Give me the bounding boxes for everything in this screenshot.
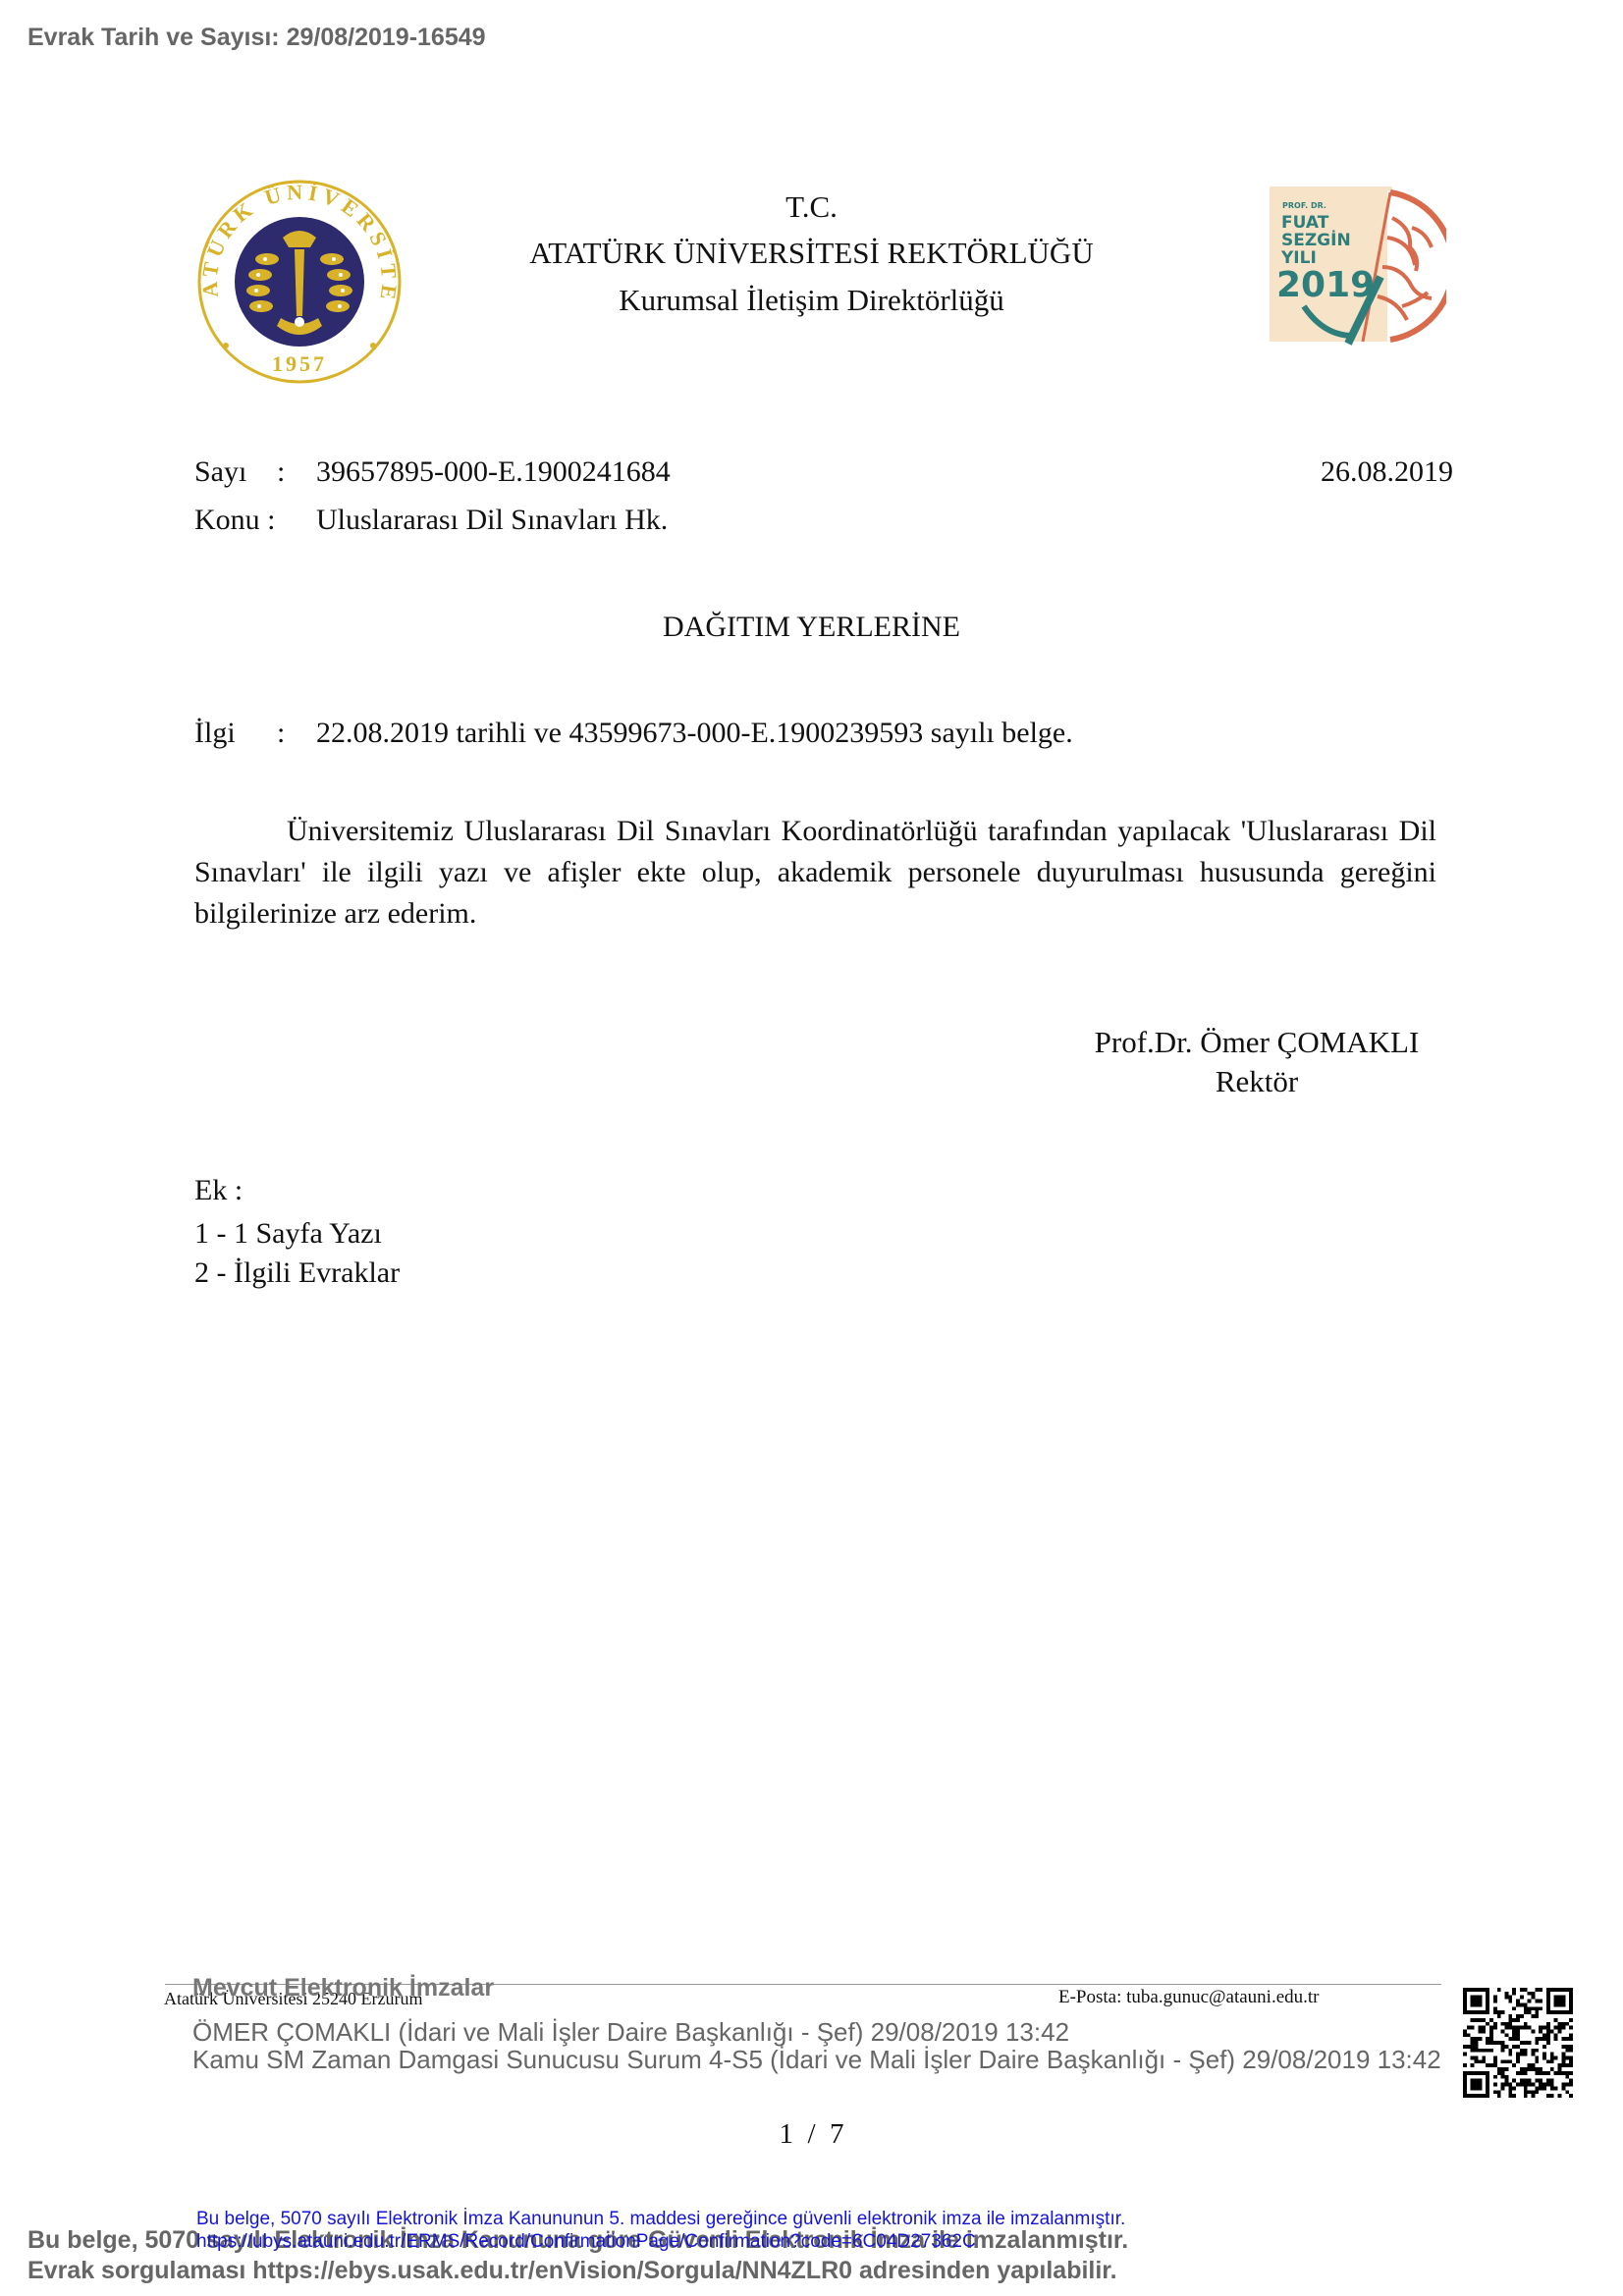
verification-qr-code[interactable] (1463, 1988, 1573, 2098)
letterhead-department: Kurumsal İletişim Direktörlüğü (0, 283, 1623, 318)
signatory-name: Prof.Dr. Ömer ÇOMAKLI (1075, 1025, 1438, 1060)
document-date-number: Evrak Tarih ve Sayısı: 29/08/2019-16549 (27, 24, 486, 52)
attachments-label: Ek : (194, 1174, 243, 1207)
sayi-label: Sayı (194, 455, 246, 489)
sayi-colon: : (277, 455, 285, 489)
letterhead-institution: ATATÜRK ÜNİVERSİTESİ REKTÖRLÜĞÜ (0, 236, 1623, 271)
attachment-item: 2 - İlgili Evraklar (194, 1256, 400, 1290)
ilgi-label: İlgi (194, 717, 236, 750)
confirmation-link[interactable]: https://ubys.atauni.edu.tr/ERMS/Record/C… (196, 2231, 976, 2253)
recipient-heading: DAĞITIM YERLERİNE (0, 611, 1623, 644)
letterhead-tc: T.C. (0, 189, 1623, 225)
ilgi-colon: : (277, 717, 285, 750)
signatory-title: Rektör (1075, 1064, 1438, 1099)
konu-label: Konu : (194, 504, 276, 537)
e-signature-entry: Kamu SM Zaman Damgasi Sunucusu Surum 4-S… (192, 2045, 1441, 2075)
attachment-item: 1 - 1 Sayfa Yazı (194, 1217, 382, 1251)
page-indicator: 1 / 7 (0, 2118, 1623, 2151)
e-signature-entry: ÖMER ÇOMAKLI (İdari ve Mali İşler Daire … (192, 2017, 1069, 2048)
document-query-notice: Evrak sorgulaması https://ebys.usak.edu.… (27, 2257, 1117, 2285)
document-date: 26.08.2019 (1321, 455, 1436, 489)
ilgi-value: 22.08.2019 tarihli ve 43599673-000-E.190… (316, 717, 1073, 750)
footer-email: E-Posta: tuba.gunuc@atauni.edu.tr (1058, 1987, 1320, 2008)
e-signatures-heading: Mevcut Elektronik İmzalar (192, 1974, 494, 2002)
e-signature-law-notice: Bu belge, 5070 sayılı Elektronik İmza Ka… (196, 2209, 1125, 2230)
svg-text:1957: 1957 (272, 351, 327, 376)
sayi-value: 39657895-000-E.1900241684 (316, 455, 671, 489)
letter-body: Üniversitemiz Uluslararası Dil Sınavları… (194, 811, 1436, 934)
konu-value: Uluslararası Dil Sınavları Hk. (316, 504, 668, 537)
